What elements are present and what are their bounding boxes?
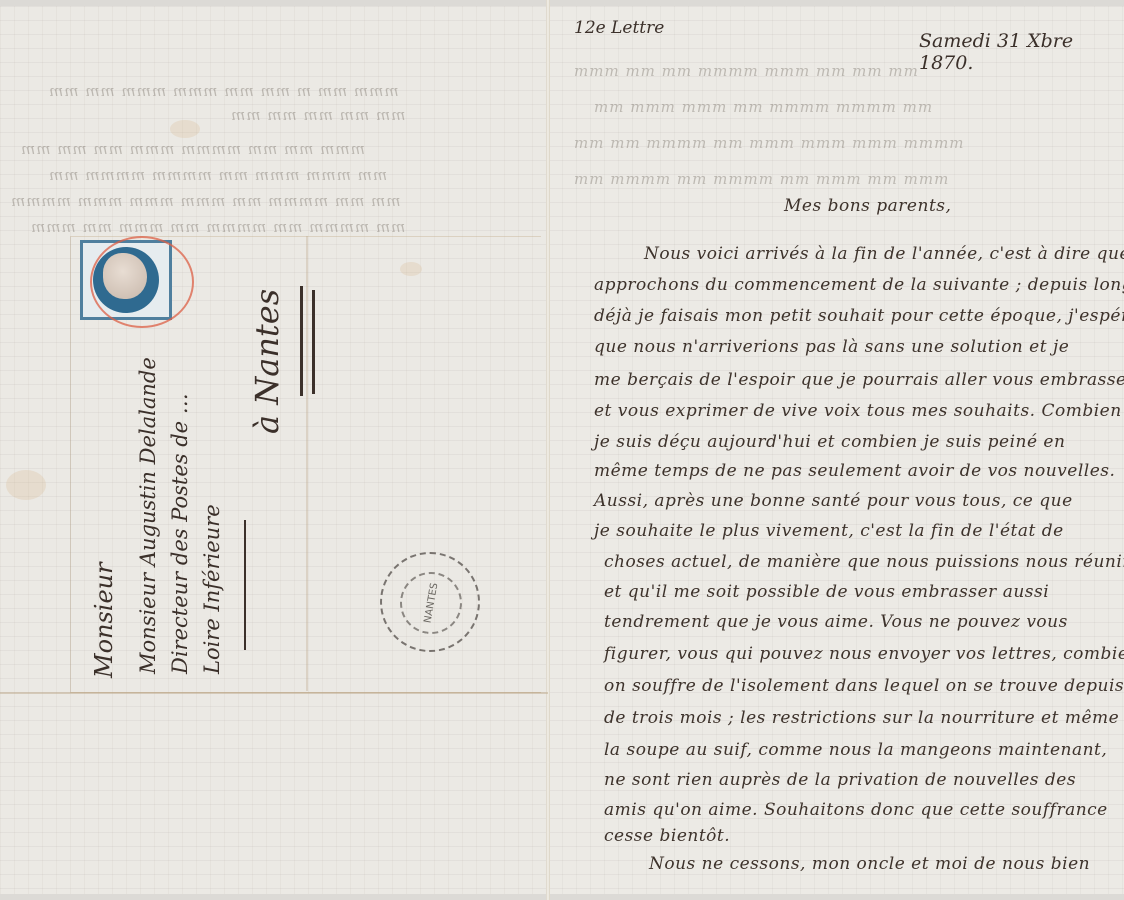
letter-number-label: 12e Lettre bbox=[574, 18, 664, 38]
address-line-2: Directeur des Postes de … bbox=[168, 393, 192, 674]
letter-line: Aussi, après une bonne santé pour vous t… bbox=[594, 491, 1073, 511]
letter-line: que nous n'arriverions pas là sans une s… bbox=[594, 337, 1069, 357]
center-fold bbox=[546, 0, 550, 900]
address-underline bbox=[244, 520, 246, 650]
letter-line: même temps de ne pas seulement avoir de … bbox=[594, 461, 1115, 481]
letter-line: Nous ne cessons, mon oncle et moi de nou… bbox=[649, 854, 1090, 874]
bottom-fold bbox=[0, 692, 548, 694]
letter-greeting: Mes bons parents, bbox=[784, 196, 951, 216]
letter-line: choses actuel, de manière que nous puiss… bbox=[604, 552, 1124, 572]
address-line-3: Loire Inférieure bbox=[200, 504, 224, 674]
letter-line: je souhaite le plus vivement, c'est la f… bbox=[594, 521, 1064, 541]
letter-line: ne sont rien auprès de la privation de n… bbox=[604, 770, 1076, 790]
paper-stain bbox=[6, 470, 46, 500]
letter-line: je suis déçu aujourd'hui et combien je s… bbox=[594, 432, 1065, 452]
city-underline bbox=[300, 286, 303, 396]
postmark: NANTES bbox=[380, 552, 480, 652]
address-city: à Nantes bbox=[248, 289, 286, 434]
paper-stain bbox=[170, 120, 200, 138]
postmark-text: NANTES bbox=[395, 567, 467, 639]
letter-line: amis qu'on aime. Souhaitons donc que cet… bbox=[604, 800, 1108, 820]
letter-line: on souffre de l'isolement dans lequel on… bbox=[604, 676, 1124, 696]
letter-line: tendrement que je vous aime. Vous ne pou… bbox=[604, 612, 1068, 632]
bleedthrough-text: mm mmm mmm mm mmmm mmmm mm bbox=[594, 98, 933, 116]
bleedthrough-text: mm mmm mmm mm mmmm mmmm mm bbox=[48, 166, 387, 184]
address-line-1: Monsieur Augustin Delalande bbox=[136, 357, 160, 674]
address-salutation: Monsieur bbox=[90, 562, 118, 678]
letter-line: approchons du commencement de la suivant… bbox=[594, 275, 1124, 295]
letter-line: déjà je faisais mon petit souhait pour c… bbox=[594, 306, 1124, 326]
bleedthrough-text: mm mmmm mm mmmm mm mmm mm mmm bbox=[574, 170, 949, 188]
bleedthrough-text: mm mmmm mm mmmm mm mmm mm mmm bbox=[30, 218, 405, 236]
letter-line: et vous exprimer de vive voix tous mes s… bbox=[594, 401, 1122, 421]
letter-line: me berçais de l'espoir que je pourrais a… bbox=[594, 370, 1124, 390]
city-underline bbox=[312, 290, 315, 394]
letter-line: cesse bientôt. bbox=[604, 826, 730, 846]
letter-line: et qu'il me soit possible de vous embras… bbox=[604, 582, 1049, 602]
letter-line: la soupe au suif, comme nous la mangeons… bbox=[604, 740, 1107, 760]
bleedthrough-text: mmm mm mm mmmm mmm mm mm mm bbox=[574, 62, 919, 80]
letter-line: de trois mois ; les restrictions sur la … bbox=[604, 708, 1119, 728]
inner-fold bbox=[306, 236, 308, 691]
red-cancellation-ring bbox=[90, 236, 194, 328]
bleedthrough-text: mm mm mmmm mm mmm mmm mmm mmmm bbox=[574, 134, 965, 152]
letter-line: figurer, vous qui pouvez nous envoyer vo… bbox=[604, 644, 1124, 664]
bleedthrough-text: mm mm mmmm mm mmm mmm mmm mmmm bbox=[10, 192, 401, 210]
bleedthrough-text: mm mm mm mm mm bbox=[230, 106, 405, 124]
bleedthrough-text: mmm mm m mm mm mmm mmm mm mm bbox=[48, 82, 399, 100]
letter-line: Nous voici arrivés à la fin de l'année, … bbox=[644, 244, 1124, 264]
letter-date: Samedi 31 Xbre 1870. bbox=[919, 30, 1114, 74]
bleedthrough-text: mmm mm mm mmmm mmm mm mm mm bbox=[20, 140, 365, 158]
